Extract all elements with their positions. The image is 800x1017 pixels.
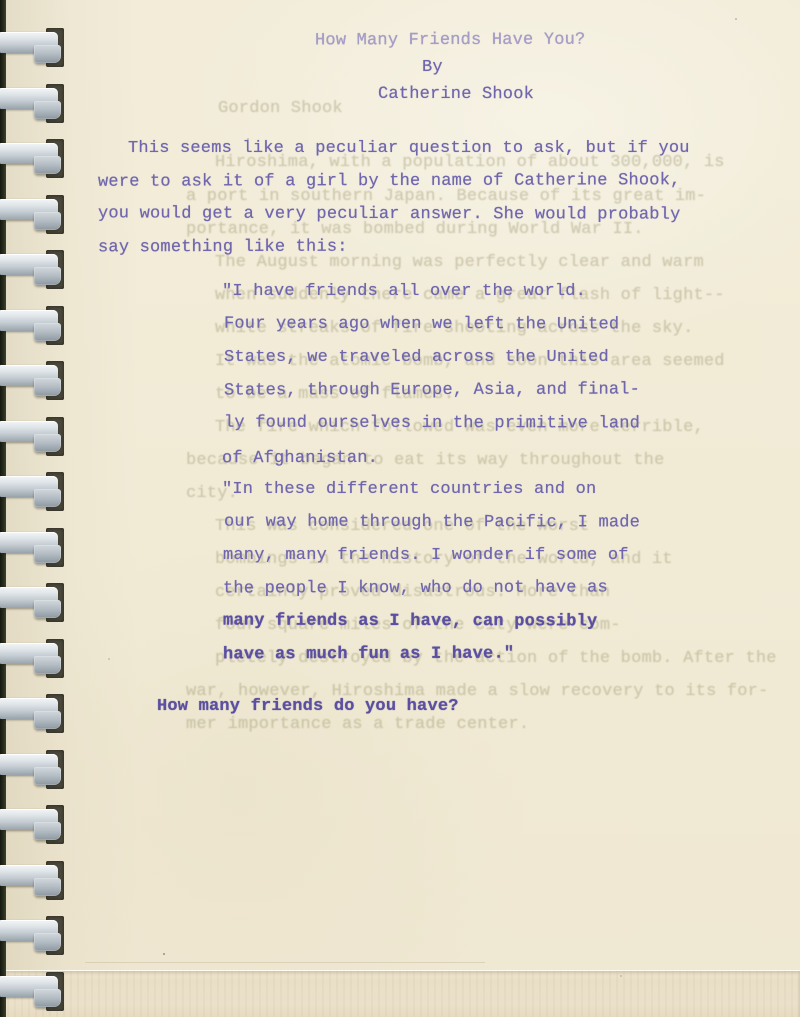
typewritten-line-title: How Many Friends Have You?	[315, 30, 586, 52]
binding-ring-lip	[34, 101, 61, 119]
scanned-page: Gordon ShookHiroshima, with a population…	[0, 0, 800, 1017]
binding-ring-lip	[34, 767, 61, 785]
binding-ring-lip	[34, 656, 61, 674]
typewritten-line-quote: Four years ago when we left the United	[224, 314, 619, 336]
binding-ring-lip	[34, 378, 61, 396]
binding-ring	[0, 976, 70, 1012]
paper-speckles	[163, 953, 165, 955]
typewritten-line-quote: ly found ourselves in the primitive land	[224, 413, 640, 435]
typewritten-line-quote: have as much fun as I have."	[223, 644, 514, 666]
binding-ring-lip	[34, 434, 61, 452]
typewritten-line-author: Catherine Shook	[378, 84, 534, 105]
binding-ring-lip	[34, 545, 61, 563]
under-sheet-edge	[0, 970, 800, 1017]
typewritten-line-quote: States, we traveled across the United	[224, 347, 609, 368]
binding-ring	[0, 199, 70, 235]
typewritten-line-body: were to ask it of a girl by the name of …	[98, 170, 681, 193]
binding-ring-lip	[34, 156, 61, 174]
typewritten-line-closing: How many friends do you have?	[157, 696, 459, 717]
typewritten-line-quote: many, many friends. I wonder if some of	[223, 545, 629, 566]
typewritten-line-byline: By	[422, 57, 443, 78]
binding-ring	[0, 754, 70, 790]
binding-ring	[0, 254, 70, 290]
binding-ring	[0, 88, 70, 124]
binding-ring-lip	[34, 989, 61, 1007]
binding-ring-lip	[34, 323, 61, 341]
typewritten-line-quote: States, through Europe, Asia, and final-	[224, 379, 640, 401]
binding-ring-lip	[34, 822, 61, 840]
binding-ring-lip	[34, 933, 61, 951]
ghost-line: Gordon Shook	[218, 98, 343, 119]
typewritten-line-quote: "In these different countries and on	[222, 479, 596, 500]
binding-ring-lip	[34, 878, 61, 896]
binding-ring	[0, 365, 70, 401]
binding-ring	[0, 643, 70, 679]
typewritten-line-body: you would get a very peculiar answer. Sh…	[98, 203, 681, 225]
ghost-line: mer importance as a trade center.	[186, 714, 529, 735]
binding-ring-lip	[34, 600, 61, 618]
binding-ring	[0, 421, 70, 457]
binding-ring	[0, 865, 70, 901]
binding-ring-lip	[34, 212, 61, 230]
typewritten-line-quote: our way home through the Pacific, I made	[224, 512, 640, 534]
binding-ring	[0, 310, 70, 346]
under-sheet-crease	[85, 962, 485, 963]
binding-ring	[0, 698, 70, 734]
typewritten-line-quote: the people I know, who do not have as	[223, 577, 608, 599]
binding-rings	[0, 0, 80, 1017]
binding-ring-lip	[34, 711, 61, 729]
binding-ring	[0, 32, 70, 68]
binding-ring	[0, 920, 70, 956]
binding-ring-lip	[34, 267, 61, 285]
binding-ring	[0, 476, 70, 512]
typewritten-line-quote: "I have friends all over the world.	[222, 281, 586, 302]
typewritten-line-quote: many friends as I have, can possibly	[223, 611, 598, 633]
binding-ring	[0, 143, 70, 179]
binding-ring	[0, 587, 70, 623]
typewritten-line-body: say something like this:	[98, 237, 348, 259]
binding-ring	[0, 809, 70, 845]
typewritten-line-quote: of Afghanistan.	[222, 448, 378, 469]
binding-ring-lip	[34, 45, 61, 63]
typewritten-line-body: This seems like a peculiar question to a…	[128, 138, 690, 159]
binding-ring	[0, 532, 70, 568]
binding-ring-lip	[34, 489, 61, 507]
